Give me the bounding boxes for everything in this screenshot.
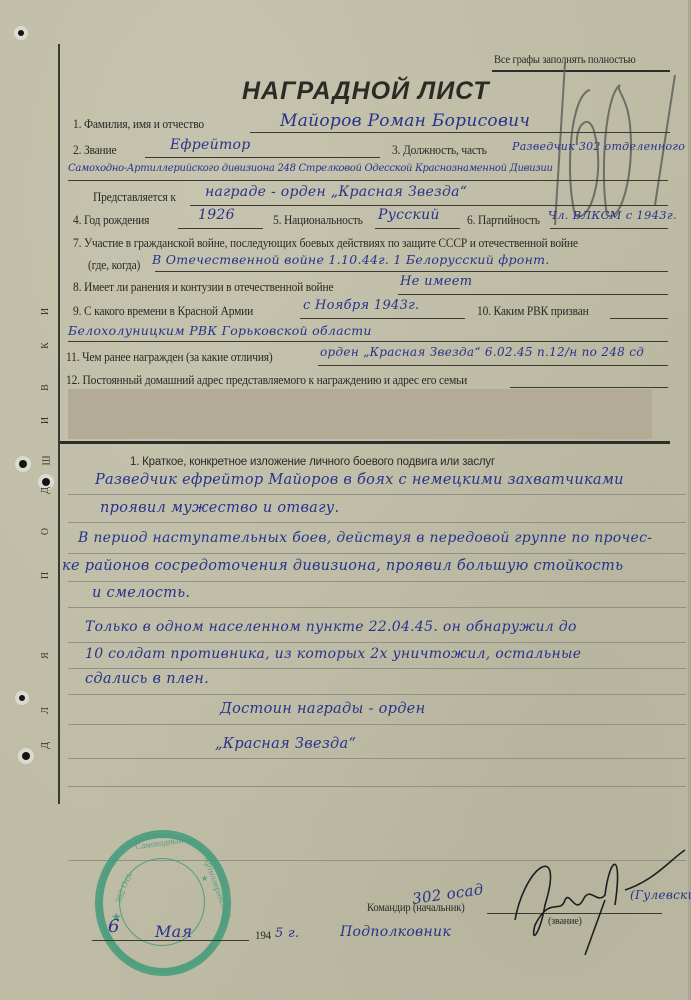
full-name-value: Майоров Роман Борисович [280, 111, 530, 131]
feat-line-5: и смелость. [92, 585, 190, 601]
field-5-underline [375, 228, 460, 229]
field-3-label: 3. Должность, часть [392, 143, 487, 158]
margin-letter: К [40, 342, 51, 349]
margin-letter: Я [40, 652, 51, 659]
field-8-underline [398, 294, 668, 295]
ruled-line [68, 694, 686, 695]
field-7-label-cont: (где, когда) [88, 258, 140, 273]
feat-heading: 1. Краткое, конкретное изложение личного… [130, 456, 495, 468]
field-9-underline [300, 318, 465, 319]
ruled-line [68, 758, 686, 759]
field-9-label: 9. С какого времени в Красной Армии [73, 304, 253, 319]
punch-hole [19, 695, 25, 701]
field-7-underline [155, 271, 668, 272]
field-1-label: 1. Фамилия, имя и отчество [73, 117, 204, 132]
feat-line-8: сдались в плен. [85, 671, 209, 687]
redacted-address-area [68, 389, 652, 439]
field-11-label: 11. Чем ранее награжден (за какие отличи… [66, 350, 273, 365]
commander-label: Командир (начальник) [367, 902, 465, 914]
stamp-text: Артиллерийский [202, 855, 234, 919]
field-6-label: 6. Партийность [467, 213, 540, 228]
section-divider [60, 441, 670, 444]
field-10-underline-2 [68, 341, 668, 342]
ruled-line [68, 724, 686, 725]
unit-value: Самоходно-Артиллерийского дивизиона 248 … [68, 163, 553, 174]
ruled-line [68, 642, 686, 643]
position-value: Разведчик 302 отделенного [512, 140, 685, 153]
margin-letter: Ш [42, 455, 53, 465]
rank-caption: (звание) [548, 915, 582, 927]
ruled-line [68, 581, 686, 582]
rank-value: Ефрейтор [170, 137, 251, 153]
punch-hole [18, 30, 24, 36]
army-since-value: с Ноября 1943г. [303, 298, 419, 313]
margin-letter: В [40, 384, 51, 391]
feat-line-1: Разведчик ефрейтор Майоров в боях с неме… [95, 472, 624, 488]
nationality-value: Русский [378, 207, 440, 223]
margin-line [58, 44, 60, 804]
margin-letter: Л [40, 707, 51, 714]
field-5-label: 5. Национальность [273, 213, 363, 228]
margin-letter: И [40, 417, 51, 424]
feat-line-9: Достоин награды - орден [220, 701, 425, 717]
punch-hole [19, 460, 27, 468]
unit-stamp: 302 Отд. Самоходный Артиллерийский ★ ★ [95, 830, 231, 976]
margin-letter: Д [40, 742, 51, 749]
ruled-line [68, 786, 686, 787]
margin-letter: О [40, 528, 51, 535]
field-4-underline [178, 228, 263, 229]
margin-letter: И [40, 308, 51, 315]
field-8-label: 8. Имеет ли ранения и контузии в отечест… [73, 280, 333, 295]
document-title: НАГРАДНОЙ ЛИСТ [242, 77, 490, 106]
feat-line-7: 10 солдат противника, из которых 2х унич… [85, 646, 581, 662]
party-value: Чл. ВЛКСМ с 1943г. [548, 208, 677, 222]
date-year-printed: 194 [255, 928, 271, 943]
award-sheet-page: Д Л Я П О Д Ш И В К И Все графы заполнят… [0, 0, 688, 1000]
birth-year-value: 1926 [198, 207, 235, 223]
field-6-underline [550, 228, 668, 229]
field-7-label: 7. Участие в гражданской войне, последую… [73, 236, 578, 251]
previous-awards-value: орден „Красная Звезда“ 6.02.45 п.12/н по… [320, 345, 644, 359]
nominated-underline [190, 205, 668, 206]
ruled-line [68, 553, 686, 554]
date-year-hand: 5 г. [275, 926, 299, 941]
field-4-label: 4. Год рождения [73, 213, 149, 228]
stamp-text: Самоходный [135, 835, 185, 852]
punch-hole [42, 478, 50, 486]
commander-rank-value: Подполковник [340, 924, 451, 940]
punch-hole [22, 752, 30, 760]
date-day-value: 6 [108, 916, 120, 937]
feat-line-4: ке районов сосредоточения дивизиона, про… [62, 558, 623, 574]
ruled-line [68, 668, 686, 669]
signer-name-value: (Гулевский) [630, 888, 691, 902]
ruled-line [68, 522, 686, 523]
field-10-label: 10. Каким РВК призван [477, 304, 589, 319]
field-11-underline [318, 365, 668, 366]
ruled-line [68, 607, 686, 608]
field-10-underline [610, 318, 668, 319]
feat-line-6: Только в одном населенном пункте 22.04.4… [85, 619, 577, 635]
margin-letter: П [40, 572, 51, 579]
field-1-underline [250, 132, 670, 133]
date-month-value: Мая [155, 922, 192, 941]
field-2-underline [145, 157, 380, 158]
nominated-label: Представляется к [93, 190, 176, 205]
wounds-value: Не имеет [400, 274, 472, 289]
draft-office-value: Белохолуницким РВК Горьковской области [68, 323, 372, 338]
field-12-label: 12. Постоянный домашний адрес представля… [66, 373, 467, 388]
stamp-star-icon: ★ [201, 874, 208, 883]
nominated-value: награде - орден „Красная Звезда“ [205, 184, 467, 200]
feat-line-2: проявил мужество и отвагу. [100, 500, 339, 516]
war-participation-value: В Отечественной войне 1.10.44г. 1 Белору… [152, 252, 550, 267]
feat-line-3: В период наступательных боев, действуя в… [78, 530, 652, 546]
field-2-label: 2. Звание [73, 143, 116, 158]
margin-letter: Д [40, 487, 51, 494]
feat-line-10: „Красная Звезда“ [215, 736, 356, 752]
field-3-underline [68, 180, 668, 181]
field-12-underline [510, 387, 668, 388]
ruled-line [68, 494, 686, 495]
